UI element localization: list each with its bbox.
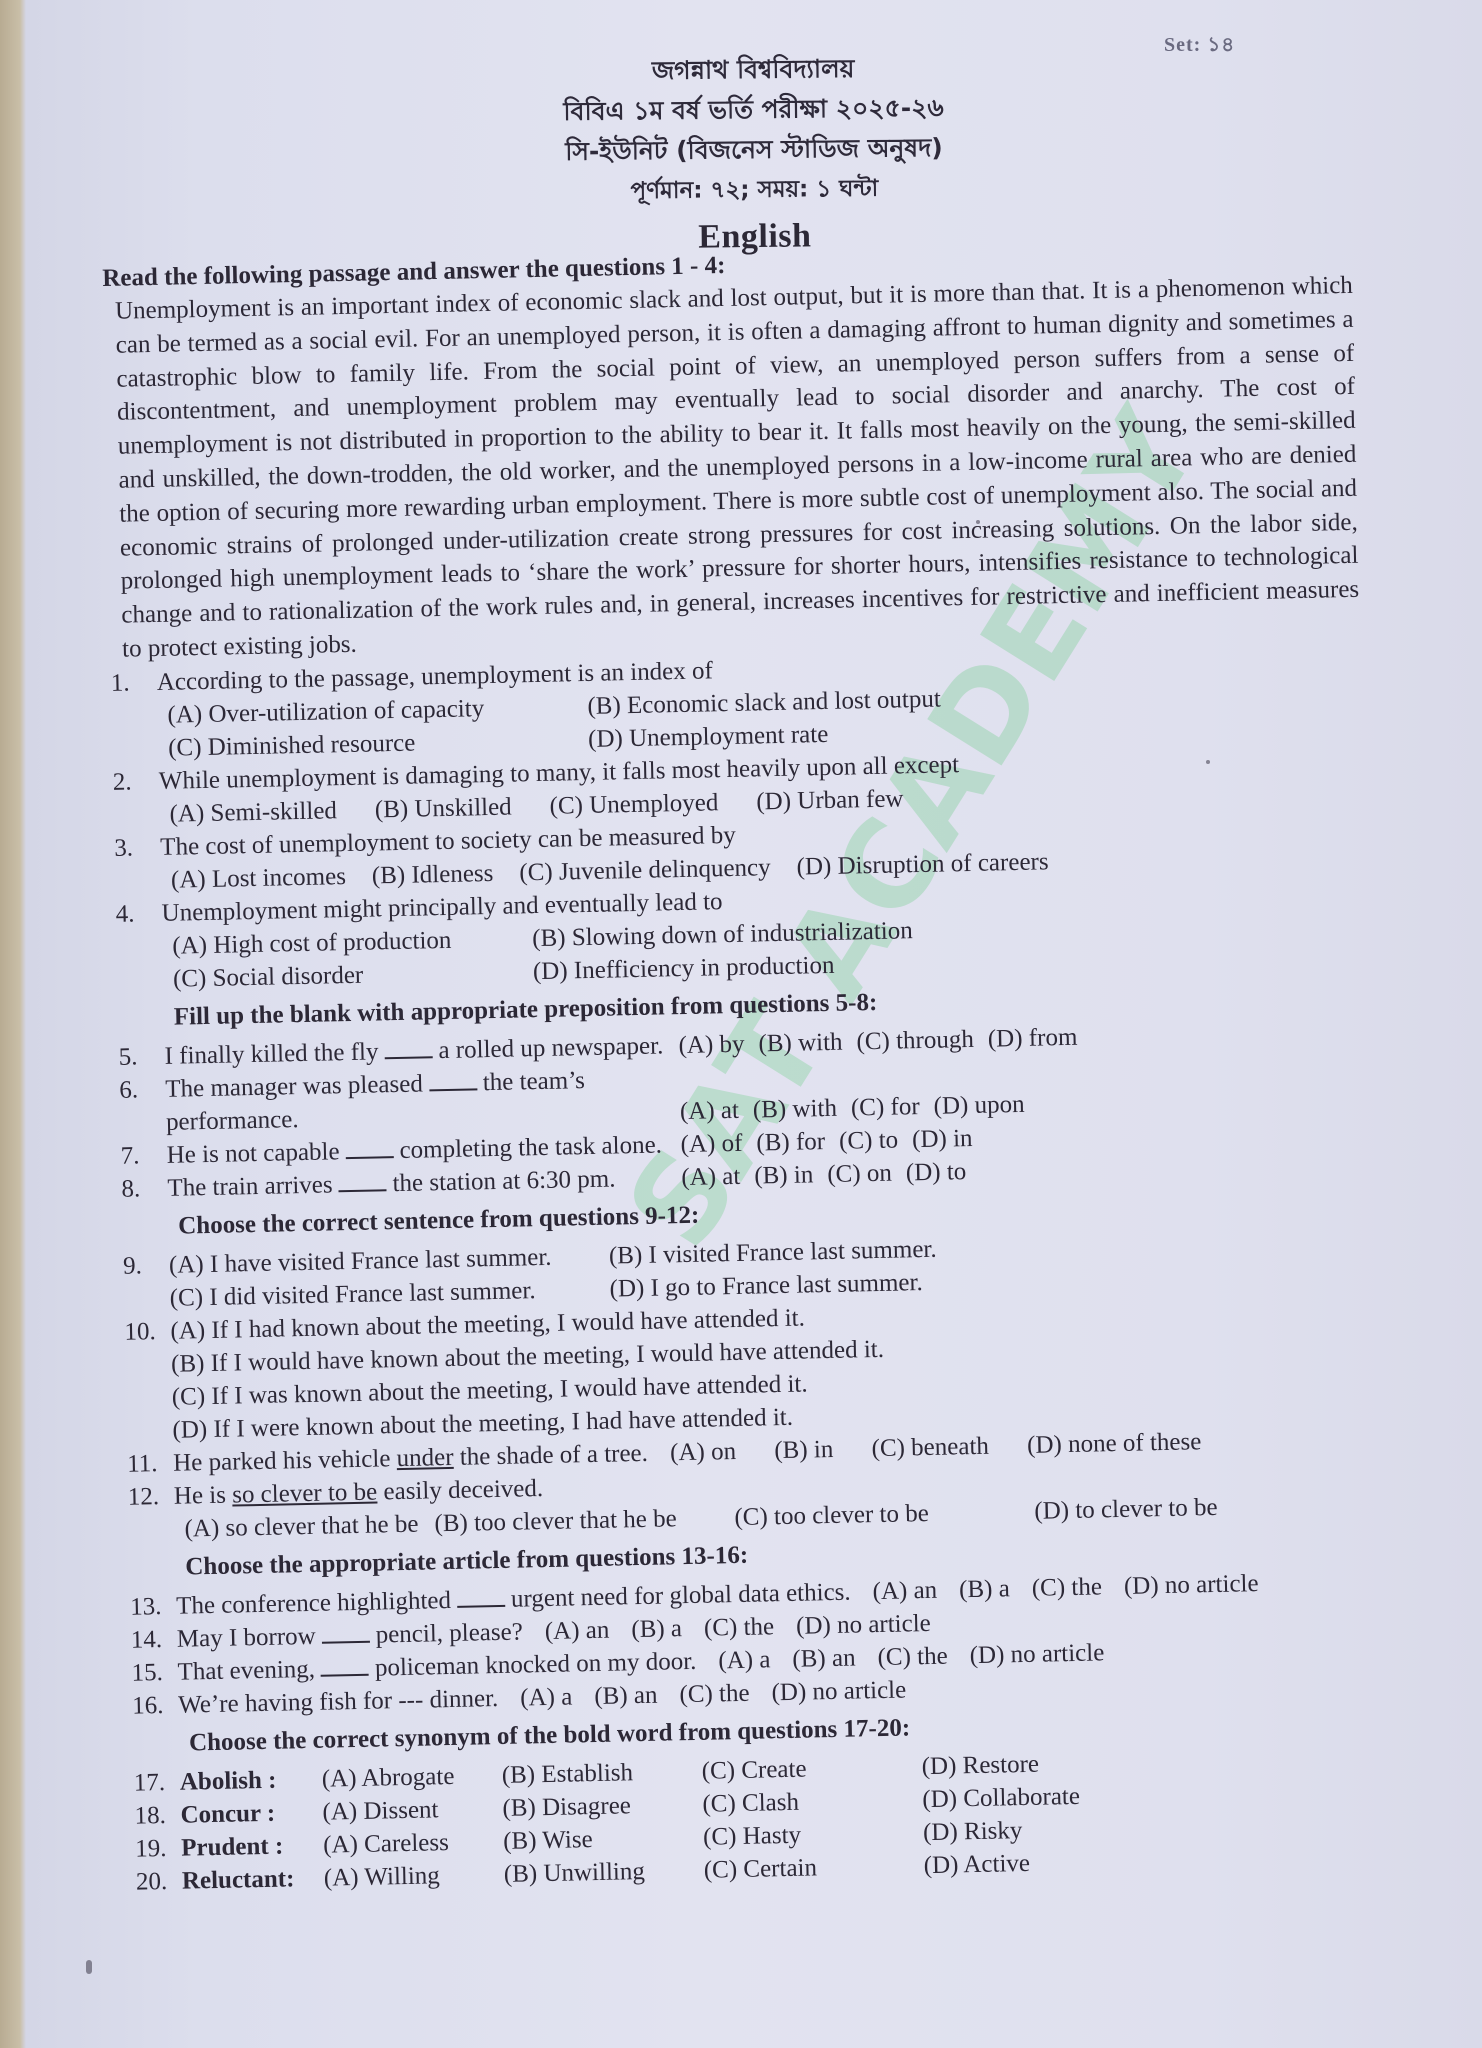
option-d: (D) from xyxy=(988,1024,1078,1053)
option-a: (A) at xyxy=(680,1097,740,1125)
question-number: 20. xyxy=(136,1864,183,1898)
question-number: 11. xyxy=(127,1447,174,1481)
question-text-after: policeman knocked on my door. xyxy=(375,1648,697,1682)
article-questions: 13.The conference highlightedurgent need… xyxy=(130,1564,1382,1722)
option-d: (D) Restore xyxy=(921,1745,1162,1783)
option-a: (A) Semi-skilled xyxy=(169,794,337,830)
option-d: (D) Active xyxy=(923,1844,1164,1882)
option-c: (C) the xyxy=(679,1680,750,1708)
option-c: (C) Certain xyxy=(703,1849,924,1887)
reading-passage: Unemployment is an important index of ec… xyxy=(103,269,1361,667)
question-number: 10. xyxy=(124,1315,173,1448)
question-number: 3. xyxy=(114,831,161,865)
blank-line xyxy=(429,1088,477,1091)
question-text-after: pencil, please? xyxy=(375,1618,523,1648)
question-text-before: That evening, xyxy=(177,1656,315,1686)
option-c: (C) Create xyxy=(701,1750,922,1788)
option-a: (A) an xyxy=(872,1577,937,1605)
question-number: 7. xyxy=(120,1139,167,1173)
option-b: (B) Unskilled xyxy=(375,790,512,826)
question-text-before: The manager was pleased xyxy=(165,1070,423,1102)
option-d: (D) Collaborate xyxy=(922,1778,1163,1816)
question-text-before: We’re having fish for --- dinner. xyxy=(178,1685,499,1719)
question-number: 17. xyxy=(134,1765,181,1799)
question-text-before: The train arrives xyxy=(167,1171,333,1201)
exam-content: Read the following passage and answer th… xyxy=(102,236,1386,1899)
option-d: (D) to clever to be xyxy=(1034,1488,1335,1527)
option-d: (D) no article xyxy=(1124,1570,1259,1600)
question-number: 8. xyxy=(121,1172,168,1206)
option-d: (D) no article xyxy=(796,1610,931,1640)
option-d: (D) upon xyxy=(933,1091,1025,1120)
option-c: (C) for xyxy=(851,1093,920,1121)
option-b: (B) too clever that he be xyxy=(434,1501,735,1540)
ink-mark xyxy=(86,1960,92,1974)
question-text-after: completing the task alone. xyxy=(399,1131,662,1163)
question-number: 13. xyxy=(130,1590,177,1624)
option-c: (C) through xyxy=(856,1026,974,1055)
option-b: (B) an xyxy=(594,1681,658,1709)
question-number: 4. xyxy=(115,897,162,931)
option-a: (A) Lost incomes xyxy=(171,860,347,897)
option-d: (D) Disruption of careers xyxy=(796,845,1049,883)
option-b: (B) Establish xyxy=(501,1755,702,1792)
option-c: (C) Social disorder xyxy=(173,955,534,996)
option-a: (A) at xyxy=(681,1163,741,1191)
option-a: (A) a xyxy=(718,1646,771,1674)
exam-paper: SAT ACADEMY Set: ১৪ জগন্নাথ বিশ্ববিদ্যাল… xyxy=(26,0,1482,2048)
passage-questions: 1. According to the passage, unemploymen… xyxy=(110,640,1367,996)
option-d: (D) no article xyxy=(969,1639,1104,1669)
option-c: (C) to xyxy=(839,1126,899,1154)
question-number: 6. xyxy=(119,1073,166,1140)
question-10-options: (A) If I had known about the meeting, I … xyxy=(170,1289,1377,1446)
option-c: (C) Juvenile delinquency xyxy=(519,851,771,889)
option-a: (A) by xyxy=(678,1030,745,1058)
option-a: (A) Willing xyxy=(324,1858,505,1895)
option-b: (B) a xyxy=(959,1575,1010,1603)
question-text-after: urgent need for global data ethics. xyxy=(511,1578,851,1612)
option-c: (C) Hasty xyxy=(703,1816,924,1854)
blank-line xyxy=(457,1605,505,1608)
option-d: (D) in xyxy=(912,1125,973,1153)
underlined-phrase: under xyxy=(396,1444,453,1472)
blank-line xyxy=(339,1189,387,1192)
question-text-before: He is xyxy=(174,1481,233,1509)
question-text-after: the shade of a tree. xyxy=(453,1440,648,1471)
question-number: 16. xyxy=(132,1688,179,1722)
question-stem: The manager was pleasedthe team’s perfor… xyxy=(165,1062,666,1138)
question-text-before: May I borrow xyxy=(177,1623,316,1653)
option-b: (B) in xyxy=(754,1161,814,1189)
exam-header: জগন্নাথ বিশ্ববিদ্যালয় বিবিএ ১ম বর্ষ ভর্… xyxy=(25,42,1482,263)
option-c: (C) Unemployed xyxy=(549,786,718,823)
bold-word: Reluctant: xyxy=(182,1861,325,1897)
preposition-questions: 5.I finally killed the flya rolled up ne… xyxy=(118,1014,1371,1205)
synonym-questions: 17.Abolish :(A) Abrogate(B) Establish(C)… xyxy=(134,1740,1386,1898)
question-number: 14. xyxy=(131,1623,178,1657)
option-b: (B) with xyxy=(753,1095,838,1124)
question-text-before: The conference highlighted xyxy=(176,1587,451,1620)
question-text-before: He is not capable xyxy=(166,1138,339,1169)
option-c: (C) too clever to be xyxy=(734,1495,1035,1534)
question-text-after: a rolled up newspaper. xyxy=(438,1032,663,1064)
option-c: (C) Clash xyxy=(702,1783,923,1821)
blank-line xyxy=(321,1673,369,1676)
question-text-after: easily deceived. xyxy=(377,1475,543,1505)
question-number: 1. xyxy=(110,666,157,700)
option-a: (A) so clever that he be xyxy=(184,1507,435,1545)
bold-word: Prudent : xyxy=(181,1828,324,1864)
option-d: (D) Urban few xyxy=(756,782,904,818)
option-a: (A) Dissent xyxy=(322,1792,503,1829)
question-text-before: He parked his vehicle xyxy=(173,1445,397,1477)
underlined-phrase: so clever to be xyxy=(232,1478,378,1508)
question-number: 5. xyxy=(118,1040,165,1074)
question-10: 10. (A) If I had known about the meeting… xyxy=(124,1289,1376,1447)
blank-line xyxy=(346,1156,394,1159)
bold-word: Abolish : xyxy=(180,1762,323,1798)
option-a: (A) a xyxy=(520,1683,573,1711)
blank-line xyxy=(322,1640,370,1643)
option-b: (B) Disagree xyxy=(502,1788,703,1825)
option-c: (C) beneath xyxy=(871,1432,989,1461)
option-a: (A) an xyxy=(545,1616,610,1644)
option-a: (A) Abrogate xyxy=(321,1759,502,1796)
question-text-before: I finally killed the fly xyxy=(164,1038,378,1069)
option-c: (C) the xyxy=(1032,1573,1103,1601)
option-b: (B) Idleness xyxy=(372,857,494,893)
option-d: (D) Risky xyxy=(923,1811,1164,1849)
option-b: (B) Unwilling xyxy=(504,1854,705,1891)
option-d: (D) none of these xyxy=(1027,1428,1202,1459)
option-b: (B) with xyxy=(758,1028,843,1057)
question-number: 9. xyxy=(123,1249,170,1316)
question-number: 19. xyxy=(135,1831,182,1865)
option-c: (C) the xyxy=(704,1613,775,1641)
blank-line xyxy=(385,1056,433,1059)
option-a: (A) Careless xyxy=(323,1825,504,1862)
question-number: 18. xyxy=(134,1798,181,1832)
question-text-after: the station at 6:30 pm. xyxy=(392,1165,615,1197)
question-number: 2. xyxy=(113,765,160,799)
print-speck xyxy=(1206,760,1210,764)
option-b: (B) in xyxy=(774,1436,834,1464)
option-c: (C) the xyxy=(877,1642,948,1670)
print-speck xyxy=(976,520,980,524)
option-d: (D) no article xyxy=(771,1676,906,1706)
bold-word: Concur : xyxy=(180,1795,323,1831)
option-a: (A) of xyxy=(680,1130,742,1158)
question-number: 15. xyxy=(131,1655,178,1689)
option-b: (B) a xyxy=(631,1615,682,1643)
option-c: (C) on xyxy=(827,1159,892,1187)
option-d: (D) to xyxy=(906,1158,967,1186)
option-b: (B) for xyxy=(756,1128,825,1156)
option-b: (B) an xyxy=(792,1644,856,1672)
option-b: (B) Wise xyxy=(503,1821,704,1858)
option-a: (A) on xyxy=(670,1438,737,1466)
question-number: 12. xyxy=(128,1480,175,1514)
